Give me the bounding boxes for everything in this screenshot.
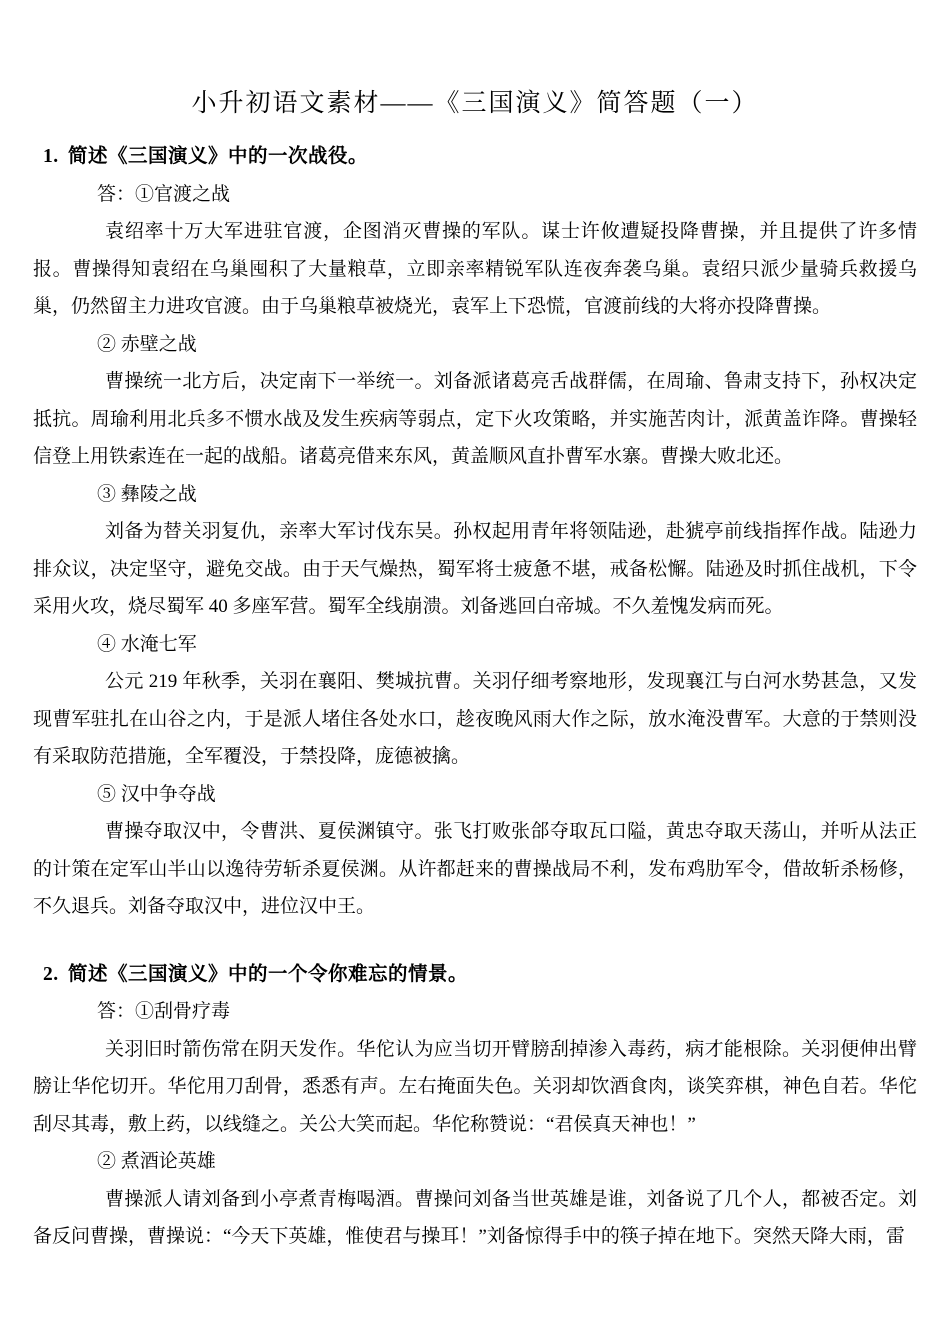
question-1-heading: 1. 简述《三国演义》中的一次战役。	[33, 138, 917, 176]
answer-2-section-2-paragraph: 曹操派人请刘备到小亭煮青梅喝酒。曹操问刘备当世英雄是谁，刘备说了几个人，都被否定…	[33, 1181, 917, 1256]
answer-1-section-2-heading: ② 赤壁之战	[33, 326, 917, 364]
answer-1-section-3-paragraph: 刘备为替关羽复仇，亲率大军讨伐东吴。孙权起用青年将领陆逊，赴猇亭前线指挥作战。陆…	[33, 513, 917, 626]
answer-2-intro: 答：①刮骨疗毒	[33, 993, 917, 1031]
answer-1-intro: 答：①官渡之战	[33, 176, 917, 214]
question-1-number: 1.	[43, 138, 68, 176]
document-page: 小升初语文素材——《三国演义》简答题（一） 1. 简述《三国演义》中的一次战役。…	[0, 0, 950, 1256]
question-2-heading: 2. 简述《三国演义》中的一个令你难忘的情景。	[33, 956, 917, 994]
answer-1-section-5-heading: ⑤ 汉中争夺战	[33, 776, 917, 814]
question-1-answer: 答：①官渡之战 袁绍率十万大军进驻官渡，企图消灭曹操的军队。谋士许攸遭疑投降曹操…	[33, 176, 917, 926]
answer-2-section-1-paragraph: 关羽旧时箭伤常在阴天发作。华佗认为应当切开臂膀刮掉渗入毒药，病才能根除。关羽便伸…	[33, 1031, 917, 1144]
page-title: 小升初语文素材——《三国演义》简答题（一）	[33, 84, 917, 124]
question-1: 1. 简述《三国演义》中的一次战役。 答：①官渡之战 袁绍率十万大军进驻官渡，企…	[33, 138, 917, 926]
question-2-answer: 答：①刮骨疗毒 关羽旧时箭伤常在阴天发作。华佗认为应当切开臂膀刮掉渗入毒药，病才…	[33, 993, 917, 1256]
answer-1-section-3-heading: ③ 彝陵之战	[33, 476, 917, 514]
answer-1-section-2-paragraph: 曹操统一北方后，决定南下一举统一。刘备派诸葛亮舌战群儒，在周瑜、鲁肃支持下，孙权…	[33, 363, 917, 476]
question-2: 2. 简述《三国演义》中的一个令你难忘的情景。 答：①刮骨疗毒 关羽旧时箭伤常在…	[33, 956, 917, 1256]
answer-1-section-1-paragraph: 袁绍率十万大军进驻官渡，企图消灭曹操的军队。谋士许攸遭疑投降曹操，并且提供了许多…	[33, 213, 917, 326]
question-2-number: 2.	[43, 956, 68, 994]
answer-1-section-4-paragraph: 公元 219 年秋季，关羽在襄阳、樊城抗曹。关羽仔细考察地形，发现襄江与白河水势…	[33, 663, 917, 776]
answer-1-section-5-paragraph: 曹操夺取汉中，令曹洪、夏侯渊镇守。张飞打败张郃夺取瓦口隘，黄忠夺取天荡山，并听从…	[33, 813, 917, 926]
answer-2-section-2-heading: ② 煮酒论英雄	[33, 1143, 917, 1181]
question-1-prompt: 简述《三国演义》中的一次战役。	[68, 138, 368, 176]
answer-1-section-4-heading: ④ 水淹七军	[33, 626, 917, 664]
question-2-prompt: 简述《三国演义》中的一个令你难忘的情景。	[68, 956, 468, 994]
